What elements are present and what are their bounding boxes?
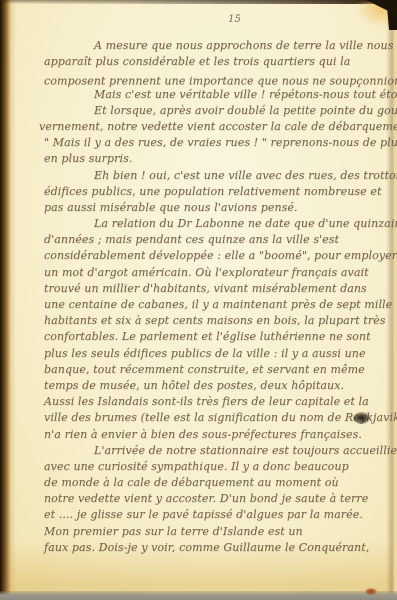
manuscript-line: Et lorsque, après avoir doublé la petite…	[44, 103, 386, 119]
scanned-manuscript-page: 15 A mesure que nous approchons de terre…	[0, 0, 397, 600]
manuscript-text: A mesure que nous approchons de terre la…	[44, 38, 386, 556]
manuscript-line: une centaine de cabanes, il y a maintena…	[44, 297, 386, 313]
manuscript-line: habitants et six à sept cents maisons en…	[44, 313, 386, 329]
scan-edge-left	[0, 0, 16, 600]
manuscript-line: Aussi les Islandais sont-ils très fiers …	[44, 394, 386, 410]
manuscript-line: plus les seuls édifices publics de la vi…	[44, 346, 386, 362]
manuscript-line: un mot d'argot américain. Où l'explorate…	[44, 265, 386, 281]
manuscript-line: apparaît plus considérable et les trois …	[44, 54, 386, 70]
manuscript-line: notre vedette vient y accoster. D'un bon…	[44, 491, 386, 507]
manuscript-line: et .... je glisse sur le pavé tapissé d'…	[44, 507, 386, 523]
line-text: ville des brumes (telle est la significa…	[44, 411, 397, 424]
manuscript-line: " Mais il y a des rues, de vraies rues !…	[44, 135, 386, 151]
manuscript-line: pas aussi misérable que nous l'avions pe…	[44, 200, 386, 216]
manuscript-line: en plus surpris.	[44, 151, 386, 167]
manuscript-line: L'arrivée de notre stationnaire est touj…	[44, 443, 386, 459]
scan-edge-top	[0, 0, 397, 4]
manuscript-line: temps de musée, un hôtel des postes, deu…	[44, 378, 386, 394]
manuscript-line: banque, tout récemment construite, et se…	[44, 362, 386, 378]
stain-spot	[365, 588, 377, 595]
manuscript-line: faux pas. Dois-je y voir, comme Guillaum…	[44, 540, 386, 556]
page-number: 15	[0, 14, 397, 25]
manuscript-line: avec une curiosité sympathique. Il y a d…	[44, 459, 386, 475]
manuscript-line: vernement, notre vedette vient accoster …	[39, 119, 386, 135]
manuscript-line: confortables. Le parlement et l'église l…	[44, 329, 386, 345]
manuscript-line: Mon premier pas sur la terre d'Islande e…	[44, 524, 386, 540]
manuscript-line: ville des brumes (telle est la significa…	[44, 410, 386, 426]
manuscript-line: Mais c'est une véritable ville ! répéton…	[44, 87, 386, 103]
manuscript-line: d'années ; mais pendant ces quinze ans l…	[44, 232, 386, 248]
manuscript-line: n'a rien à envier à bien des sous-préfec…	[44, 427, 386, 443]
manuscript-line: considérablement développée : elle a "bo…	[44, 248, 386, 264]
manuscript-line: composent prennent une importance que no…	[44, 70, 386, 86]
manuscript-line: édifices publics, une population relativ…	[44, 184, 386, 200]
manuscript-line: A mesure que nous approchons de terre la…	[44, 38, 386, 54]
manuscript-line: Eh bien ! oui, c'est une ville avec des …	[44, 168, 386, 184]
manuscript-line: trouvé un millier d'habitants, vivant mi…	[44, 281, 386, 297]
manuscript-line: La relation du Dr Labonne ne date que d'…	[44, 216, 386, 232]
manuscript-line: de monde à la cale de débarquement au mo…	[44, 475, 386, 491]
scan-edge-bottom	[0, 591, 397, 600]
